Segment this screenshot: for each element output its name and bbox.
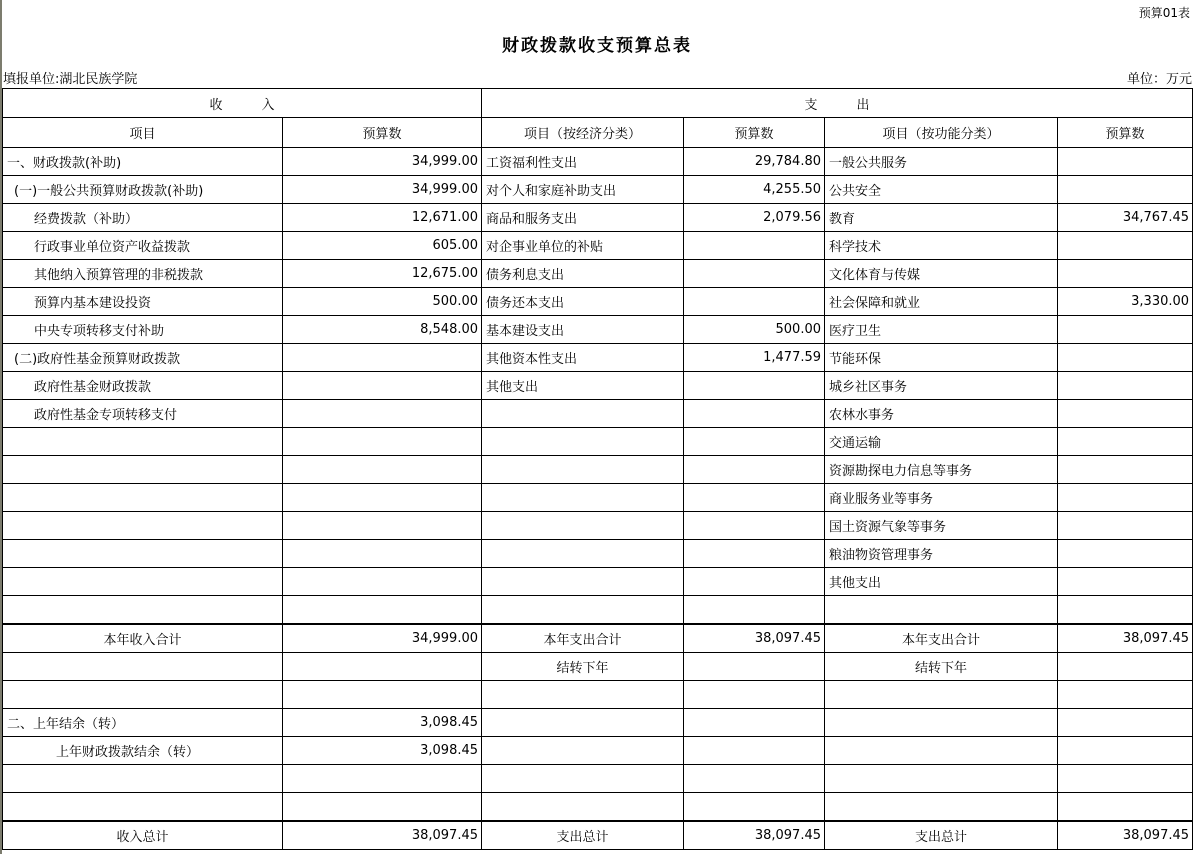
income-item-cell: [3, 681, 283, 709]
func-item-cell: [825, 709, 1058, 737]
func-item-cell: 文化体育与传媒: [825, 260, 1058, 288]
income-item-cell: 上年财政拨款结余（转）: [3, 737, 283, 765]
table-row: 政府性基金财政拨款 其他支出 城乡社区事务: [3, 372, 1193, 400]
income-item-cell: (一)一般公共预算财政拨款(补助): [3, 176, 283, 204]
func-item-cell: 公共安全: [825, 176, 1058, 204]
func-item-cell: 医疗卫生: [825, 316, 1058, 344]
table-row: 政府性基金专项转移支付 农林水事务: [3, 400, 1193, 428]
econ-item-cell: [482, 540, 684, 568]
func-item-cell: 农林水事务: [825, 400, 1058, 428]
func-budget-cell: [1058, 596, 1193, 625]
income-budget-cell: [283, 681, 482, 709]
econ-item-cell: [482, 737, 684, 765]
col-header-income-item: 项目: [3, 118, 283, 148]
func-budget-cell: 38,097.45: [1058, 821, 1193, 850]
income-budget-cell: [283, 765, 482, 793]
econ-budget-cell: 29,784.80: [684, 148, 825, 176]
econ-item-cell: [482, 596, 684, 625]
econ-budget-cell: [684, 260, 825, 288]
func-budget-cell: [1058, 484, 1193, 512]
subheader-row: 填报单位:湖北民族学院 单位：万元: [3, 68, 1192, 87]
func-item-cell: [825, 596, 1058, 625]
income-budget-cell: [283, 568, 482, 596]
econ-item-cell: 商品和服务支出: [482, 204, 684, 232]
func-item-cell: 支出总计: [825, 821, 1058, 850]
income-item-cell: (二)政府性基金预算财政拨款: [3, 344, 283, 372]
table-row: 二、上年结余（转） 3,098.45: [3, 709, 1193, 737]
table-row: 上年财政拨款结余（转） 3,098.45: [3, 737, 1193, 765]
func-budget-cell: [1058, 512, 1193, 540]
table-row: 交通运输: [3, 428, 1193, 456]
func-budget-cell: [1058, 681, 1193, 709]
econ-budget-cell: [684, 793, 825, 822]
func-budget-cell: 34,767.45: [1058, 204, 1193, 232]
econ-budget-cell: [684, 653, 825, 681]
func-budget-cell: [1058, 653, 1193, 681]
func-item-cell: 资源勘探电力信息等事务: [825, 456, 1058, 484]
econ-item-cell: 债务利息支出: [482, 260, 684, 288]
econ-budget-cell: [684, 596, 825, 625]
econ-item-cell: [482, 568, 684, 596]
econ-budget-cell: [684, 765, 825, 793]
func-budget-cell: [1058, 260, 1193, 288]
income-item-cell: 其他纳入预算管理的非税拨款: [3, 260, 283, 288]
income-item-cell: [3, 653, 283, 681]
income-budget-cell: [283, 484, 482, 512]
func-item-cell: 社会保障和就业: [825, 288, 1058, 316]
func-item-cell: 一般公共服务: [825, 148, 1058, 176]
income-item-cell: [3, 540, 283, 568]
table-row: 粮油物资管理事务: [3, 540, 1193, 568]
econ-item-cell: 其他支出: [482, 372, 684, 400]
func-item-cell: [825, 681, 1058, 709]
income-item-cell: 行政事业单位资产收益拨款: [3, 232, 283, 260]
income-item-cell: [3, 568, 283, 596]
func-budget-cell: [1058, 568, 1193, 596]
income-budget-cell: [283, 428, 482, 456]
econ-budget-cell: [684, 456, 825, 484]
report-title: 财政拨款收支预算总表: [2, 31, 1192, 56]
econ-item-cell: 结转下年: [482, 653, 684, 681]
econ-budget-cell: [684, 681, 825, 709]
func-budget-cell: [1058, 232, 1193, 260]
income-item-cell: [3, 484, 283, 512]
income-budget-cell: 3,098.45: [283, 737, 482, 765]
econ-item-cell: 基本建设支出: [482, 316, 684, 344]
func-budget-cell: [1058, 793, 1193, 822]
table-row: [3, 765, 1193, 793]
table-row: 预算内基本建设投资 500.00 债务还本支出 社会保障和就业 3,330.00: [3, 288, 1193, 316]
func-item-cell: 节能环保: [825, 344, 1058, 372]
econ-budget-cell: 38,097.45: [684, 821, 825, 850]
econ-item-cell: [482, 765, 684, 793]
income-item-cell: 预算内基本建设投资: [3, 288, 283, 316]
income-budget-cell: 3,098.45: [283, 709, 482, 737]
col-header-func-item: 项目（按功能分类）: [825, 118, 1058, 148]
func-item-cell: 商业服务业等事务: [825, 484, 1058, 512]
table-row: (一)一般公共预算财政拨款(补助) 34,999.00 对个人和家庭补助支出 4…: [3, 176, 1193, 204]
econ-budget-cell: [684, 484, 825, 512]
income-item-cell: [3, 512, 283, 540]
income-budget-cell: [283, 793, 482, 822]
income-budget-cell: [283, 512, 482, 540]
func-item-cell: 教育: [825, 204, 1058, 232]
func-item-cell: [825, 793, 1058, 822]
func-budget-cell: [1058, 456, 1193, 484]
income-budget-cell: [283, 540, 482, 568]
econ-item-cell: [482, 681, 684, 709]
func-budget-cell: [1058, 540, 1193, 568]
table-body: 一、财政拨款(补助) 34,999.00 工资福利性支出 29,784.80 一…: [3, 148, 1193, 850]
table-row: 国土资源气象等事务: [3, 512, 1193, 540]
income-item-cell: 中央专项转移支付补助: [3, 316, 283, 344]
econ-item-cell: 支出总计: [482, 821, 684, 850]
income-budget-cell: [283, 400, 482, 428]
func-budget-cell: [1058, 428, 1193, 456]
income-budget-cell: [283, 596, 482, 625]
econ-item-cell: [482, 512, 684, 540]
table-row: 本年收入合计 34,999.00 本年支出合计 38,097.45 本年支出合计…: [3, 624, 1193, 653]
econ-item-cell: 其他资本性支出: [482, 344, 684, 372]
expenditure-section-label: 支出: [805, 98, 909, 113]
econ-budget-cell: 1,477.59: [684, 344, 825, 372]
income-item-cell: [3, 793, 283, 822]
income-item-cell: 政府性基金财政拨款: [3, 372, 283, 400]
econ-budget-cell: [684, 540, 825, 568]
income-section-label: 收入: [210, 98, 314, 113]
econ-budget-cell: [684, 709, 825, 737]
table-row: [3, 596, 1193, 625]
col-header-income-budget: 预算数: [283, 118, 482, 148]
func-budget-cell: [1058, 765, 1193, 793]
econ-item-cell: [482, 400, 684, 428]
func-budget-cell: [1058, 316, 1193, 344]
func-budget-cell: [1058, 176, 1193, 204]
col-header-econ-item: 项目（按经济分类）: [482, 118, 684, 148]
income-budget-cell: 38,097.45: [283, 821, 482, 850]
func-budget-cell: [1058, 372, 1193, 400]
econ-item-cell: 工资福利性支出: [482, 148, 684, 176]
income-item-cell: 二、上年结余（转）: [3, 709, 283, 737]
econ-budget-cell: [684, 288, 825, 316]
func-budget-cell: [1058, 148, 1193, 176]
form-code: 预算01表: [1139, 4, 1190, 21]
econ-budget-cell: [684, 737, 825, 765]
econ-budget-cell: [684, 428, 825, 456]
func-item-cell: [825, 737, 1058, 765]
income-budget-cell: [283, 653, 482, 681]
table-row: 经费拨款（补助） 12,671.00 商品和服务支出 2,079.56 教育 3…: [3, 204, 1193, 232]
income-budget-cell: 34,999.00: [283, 624, 482, 653]
table-row: 其他支出: [3, 568, 1193, 596]
func-budget-cell: [1058, 709, 1193, 737]
econ-budget-cell: [684, 568, 825, 596]
table-row: [3, 681, 1193, 709]
income-budget-cell: [283, 456, 482, 484]
income-budget-cell: 34,999.00: [283, 148, 482, 176]
table-row: 行政事业单位资产收益拨款 605.00 对企事业单位的补贴 科学技术: [3, 232, 1193, 260]
econ-budget-cell: [684, 400, 825, 428]
econ-budget-cell: 500.00: [684, 316, 825, 344]
table-row: 一、财政拨款(补助) 34,999.00 工资福利性支出 29,784.80 一…: [3, 148, 1193, 176]
econ-budget-cell: [684, 512, 825, 540]
econ-item-cell: [482, 793, 684, 822]
econ-item-cell: [482, 456, 684, 484]
econ-budget-cell: [684, 372, 825, 400]
econ-item-cell: [482, 709, 684, 737]
income-budget-cell: [283, 344, 482, 372]
income-budget-cell: [283, 372, 482, 400]
table-row: 结转下年 结转下年: [3, 653, 1193, 681]
income-budget-cell: 605.00: [283, 232, 482, 260]
econ-item-cell: [482, 428, 684, 456]
table-row: 中央专项转移支付补助 8,548.00 基本建设支出 500.00 医疗卫生: [3, 316, 1193, 344]
table-row: (二)政府性基金预算财政拨款 其他资本性支出 1,477.59 节能环保: [3, 344, 1193, 372]
income-budget-cell: 34,999.00: [283, 176, 482, 204]
func-budget-cell: [1058, 737, 1193, 765]
econ-budget-cell: 4,255.50: [684, 176, 825, 204]
income-item-cell: 经费拨款（补助）: [3, 204, 283, 232]
econ-budget-cell: [684, 232, 825, 260]
table-row: 其他纳入预算管理的非税拨款 12,675.00 债务利息支出 文化体育与传媒: [3, 260, 1193, 288]
income-item-cell: 收入总计: [3, 821, 283, 850]
income-item-cell: 政府性基金专项转移支付: [3, 400, 283, 428]
income-item-cell: [3, 596, 283, 625]
func-budget-cell: 3,330.00: [1058, 288, 1193, 316]
func-item-cell: 科学技术: [825, 232, 1058, 260]
econ-item-cell: 债务还本支出: [482, 288, 684, 316]
expenditure-section-header: 支出: [482, 89, 1193, 118]
func-item-cell: 城乡社区事务: [825, 372, 1058, 400]
table-row: 商业服务业等事务: [3, 484, 1193, 512]
func-item-cell: 本年支出合计: [825, 624, 1058, 653]
econ-item-cell: 本年支出合计: [482, 624, 684, 653]
func-item-cell: 其他支出: [825, 568, 1058, 596]
table-row: 资源勘探电力信息等事务: [3, 456, 1193, 484]
econ-budget-cell: 2,079.56: [684, 204, 825, 232]
table-row: [3, 793, 1193, 822]
econ-item-cell: 对企事业单位的补贴: [482, 232, 684, 260]
income-budget-cell: 8,548.00: [283, 316, 482, 344]
econ-item-cell: 对个人和家庭补助支出: [482, 176, 684, 204]
econ-item-cell: [482, 484, 684, 512]
income-budget-cell: 500.00: [283, 288, 482, 316]
reporting-unit-label: 填报单位:湖北民族学院: [3, 68, 137, 87]
income-item-cell: 一、财政拨款(补助): [3, 148, 283, 176]
col-header-func-budget: 预算数: [1058, 118, 1193, 148]
func-item-cell: 结转下年: [825, 653, 1058, 681]
income-item-cell: [3, 765, 283, 793]
income-budget-cell: 12,671.00: [283, 204, 482, 232]
econ-budget-cell: 38,097.45: [684, 624, 825, 653]
section-header-row: 收入 支出: [3, 89, 1193, 118]
func-budget-cell: [1058, 344, 1193, 372]
func-budget-cell: 38,097.45: [1058, 624, 1193, 653]
column-header-row: 项目 预算数 项目（按经济分类） 预算数 项目（按功能分类） 预算数: [3, 118, 1193, 148]
func-item-cell: [825, 765, 1058, 793]
table-row: 收入总计 38,097.45 支出总计 38,097.45 支出总计 38,09…: [3, 821, 1193, 850]
func-budget-cell: [1058, 400, 1193, 428]
col-header-econ-budget: 预算数: [684, 118, 825, 148]
income-item-cell: [3, 456, 283, 484]
income-budget-cell: 12,675.00: [283, 260, 482, 288]
income-item-cell: [3, 428, 283, 456]
unit-note-label: 单位：万元: [1127, 68, 1192, 87]
budget-table: 收入 支出 项目 预算数 项目（按经济分类） 预算数 项目（按功能分类） 预算数…: [2, 88, 1193, 850]
income-item-cell: 本年收入合计: [3, 624, 283, 653]
income-section-header: 收入: [3, 89, 482, 118]
func-item-cell: 交通运输: [825, 428, 1058, 456]
func-item-cell: 国土资源气象等事务: [825, 512, 1058, 540]
func-item-cell: 粮油物资管理事务: [825, 540, 1058, 568]
